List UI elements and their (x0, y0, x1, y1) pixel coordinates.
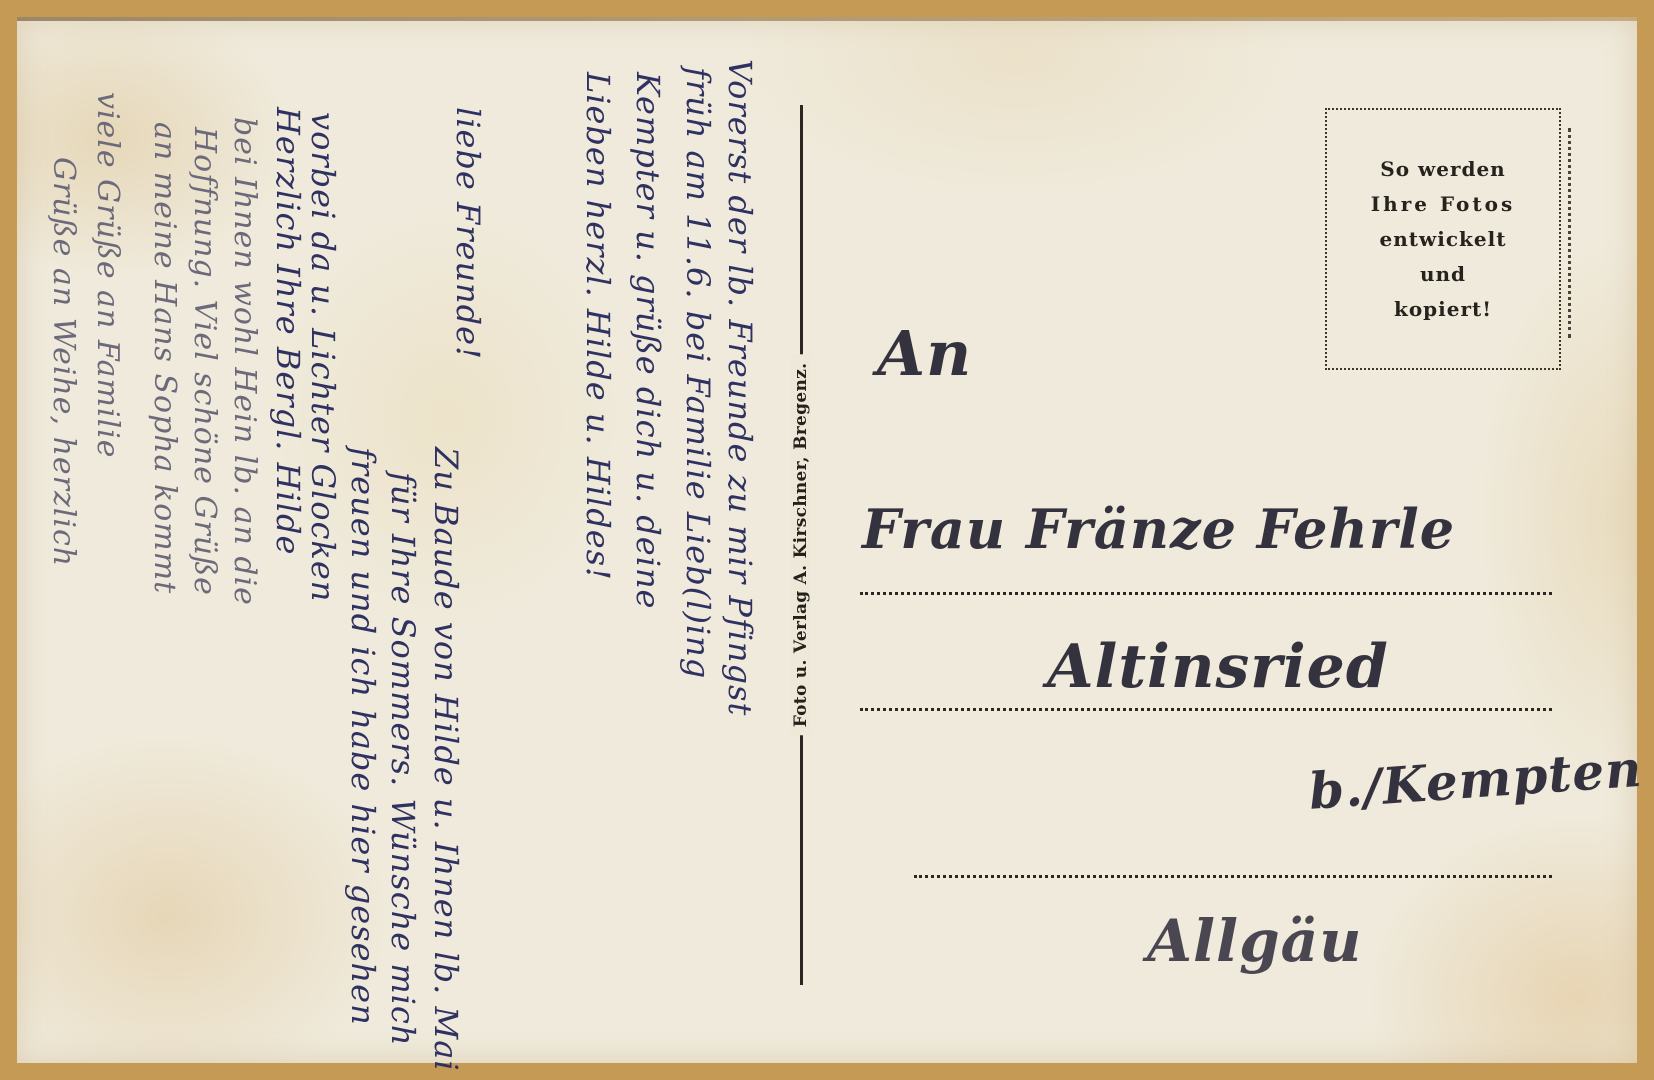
stamp-text-line: So werden (1380, 152, 1505, 187)
message-line: Herzlich Ihre Bergl. Hilde (269, 107, 307, 555)
address-recipient: Frau Fränze Fehrle (862, 497, 1455, 561)
message-line: freuen und ich habe hier gesehen (344, 447, 382, 1026)
address-line (914, 875, 1552, 878)
message-line: liebe Freunde! (449, 107, 487, 360)
message-line: Vorerst der lb. Freunde zu mir Pfingst (721, 59, 759, 716)
address-line (860, 592, 1552, 595)
message-line: Zu Baude von Hilde u. Ihnen lb. Mai (427, 447, 465, 1072)
stamp-box: So werden Ihre Fotos entwickelt und kopi… (1325, 108, 1561, 370)
message-line: Lieben herzl. Hilde u. Hildes! (579, 72, 617, 581)
address-region: Allgäu (1147, 907, 1362, 975)
message-line: bei Ihnen wohl Hein lb. an die (227, 117, 262, 606)
message-line: Grüße an Weihe, herzlich (46, 157, 81, 567)
address-town: Altinsried (1047, 632, 1389, 702)
address-near: b./Kempten (1307, 739, 1644, 821)
message-line: Kempter u. grüße dich u. deine (629, 72, 667, 609)
message-line: viele Grüße an Familie (90, 92, 125, 459)
message-line: für Ihre Sommers. Wünsche mich (384, 472, 422, 1046)
stamp-text-line: Ihre Fotos (1371, 187, 1515, 222)
stamp-text-line: kopiert! (1394, 292, 1492, 327)
message-line: früh am 11.6. bei Familie Lieb(l)ing (679, 67, 717, 679)
stamp-text-line: entwickelt (1380, 222, 1507, 257)
stamp-text-line: und (1420, 257, 1466, 292)
message-line: an meine Hans Sopha kommt (147, 122, 182, 594)
address-salutation: An (877, 317, 972, 390)
message-line: vorbei da u. Lichter Glocken (304, 112, 342, 602)
message-line: Hoffnung. Viel schöne Grüße (187, 127, 222, 596)
publisher-imprint: Foto u. Verlag A. Kirschner, Bregenz. (791, 355, 811, 736)
postcard-back: Vorerst der lb. Freunde zu mir Pfingst f… (17, 17, 1637, 1063)
address-line (860, 708, 1552, 711)
